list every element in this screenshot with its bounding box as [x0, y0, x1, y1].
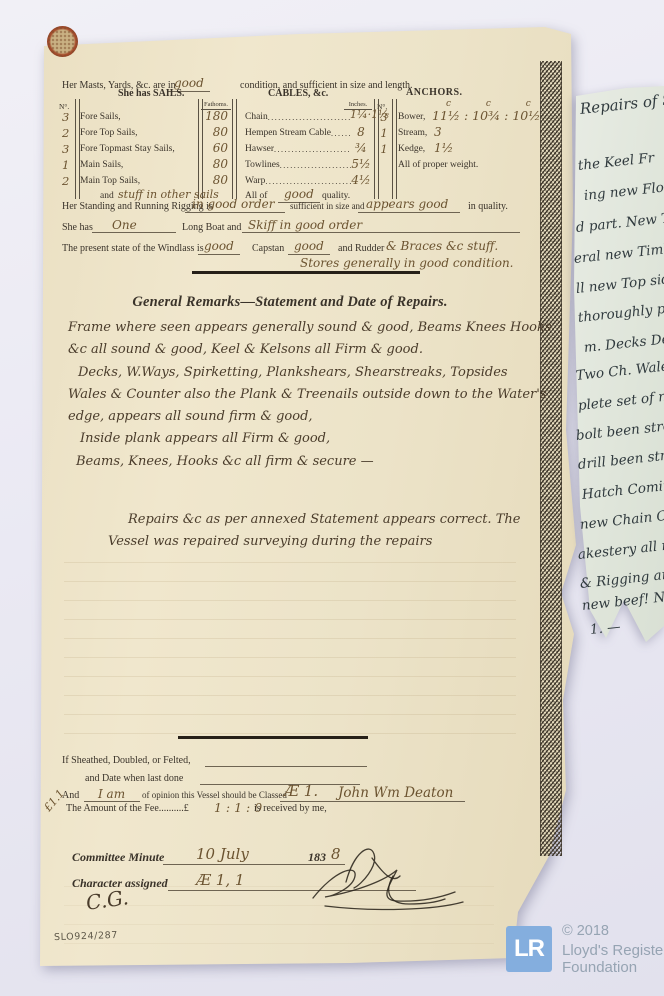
cable-label: Hawser: [245, 144, 274, 154]
sail-label: Fore Top Sails,: [80, 128, 137, 138]
blank-line: [358, 212, 460, 213]
cables-title: CABLES, &c.: [268, 88, 328, 99]
rigging-suffix: in quality.: [468, 201, 508, 212]
sail-count: 3: [62, 142, 69, 156]
surveyor-name: John Wm Deaton: [338, 785, 453, 801]
dot-leader: [331, 129, 351, 138]
sail-label: Fore Topmast Stay Sails,: [80, 144, 175, 154]
cable-value: 1¼·1⅛: [350, 108, 372, 121]
sail-fathoms: 80: [200, 157, 228, 171]
windlass-prefix: The present state of the Windlass is: [62, 243, 204, 254]
boat-value2: Skiff in good order: [248, 218, 362, 232]
remarks-line: Wales & Counter also the Plank & Treenai…: [68, 387, 547, 402]
anchor-value: 3: [434, 125, 442, 139]
table-rule: [232, 99, 237, 199]
foundation-name-line2: Foundation: [562, 959, 637, 976]
wax-seal: [47, 26, 78, 57]
committee-minute-date: 10 July: [196, 845, 249, 863]
fee-suffix: is received by me,: [254, 803, 327, 814]
anchor-label: Kedge,: [398, 144, 425, 154]
cable-value: 8: [350, 125, 372, 139]
lr-logo-mark: LR: [514, 935, 544, 963]
rigging-value2: appears good: [366, 197, 448, 211]
sail-count: 1: [62, 158, 69, 172]
remarks-heading: General Remarks—Statement and Date of Re…: [60, 294, 520, 311]
boat-value1: One: [112, 218, 137, 232]
remarks-line: edge, appears all sound firm & good,: [68, 409, 313, 424]
remarks-line: &c all sound & good, Keel & Kelsons all …: [68, 342, 423, 357]
section-rule: [192, 271, 420, 274]
lr-logo: LR: [506, 926, 552, 972]
dot-leader: [265, 177, 351, 186]
remarks-line: Decks, W.Ways, Spirketting, Plankshears,…: [78, 365, 508, 380]
rigging-mid: sufficient in size and: [290, 201, 365, 211]
dot-leader: [274, 145, 351, 154]
remarks-line: Beams, Knees, Hooks &c all firm & secure…: [76, 454, 374, 469]
remarks-line: Repairs &c as per annexed Statement appe…: [128, 512, 520, 527]
cables-footer-suffix: quality.: [322, 191, 350, 201]
boat-prefix: She has: [62, 222, 93, 233]
dot-leader: [268, 113, 351, 122]
remarks-line: Frame where seen appears generally sound…: [68, 320, 552, 335]
committee-minute-label: Committee Minute: [72, 850, 164, 865]
sail-fathoms: 60: [200, 141, 228, 155]
anchor-value: 11½ : 10¾ : 10½: [432, 108, 540, 123]
remarks-line: Vessel was repaired surveying during the…: [108, 534, 432, 549]
stores-note: Stores generally in good condition.: [300, 256, 513, 270]
anchor-count: 1: [378, 142, 390, 156]
rigging-prefix: Her Standing and Running Rigging is: [62, 201, 213, 212]
capstan-value: good: [288, 239, 330, 255]
classed-mid: of opinion this Vessel should be Classed: [142, 790, 287, 800]
blank-line: [200, 784, 360, 785]
cable-row: Warp: [245, 176, 351, 186]
anchors-footer: All of proper weight.: [398, 160, 478, 170]
date-last-done-label: and Date when last done: [85, 773, 183, 784]
rigging-value1: in good order: [192, 197, 275, 211]
sail-label: Main Sails,: [80, 160, 123, 170]
class-value: Æ 1.: [284, 782, 318, 800]
rudder-value: & Braces &c stuff.: [386, 239, 498, 253]
classed-value1: I am: [98, 787, 125, 801]
fragment-line: 1. —: [589, 619, 621, 638]
anchor-count: 1: [378, 126, 390, 140]
anchors-title: ANCHORS.: [406, 87, 463, 98]
cable-row: Towlines: [245, 160, 351, 170]
showthrough-texture: [64, 562, 516, 742]
archive-reference: SLO924/287: [54, 930, 118, 943]
cable-label: Towlines: [245, 160, 280, 170]
sail-fathoms: 80: [200, 125, 228, 139]
capstan-label: Capstan: [252, 243, 284, 254]
sail-count: 2: [62, 174, 69, 188]
blank-line: [92, 232, 176, 233]
sail-fathoms: 80: [200, 173, 228, 187]
cable-value: ¾: [350, 141, 372, 155]
sail-count: 3: [62, 110, 69, 124]
anchor-label: Bower,: [398, 112, 425, 122]
character-assigned-value: Æ 1, 1: [196, 871, 244, 889]
boat-mid: Long Boat and: [182, 222, 241, 233]
sail-label: Fore Sails,: [80, 112, 121, 122]
cable-value: 5½: [350, 157, 372, 171]
sail-count: 2: [62, 126, 69, 140]
sail-fathoms: 180: [200, 109, 228, 123]
sheathed-label: If Sheathed, Doubled, or Felted,: [62, 755, 191, 766]
cable-label: Hempen Stream Cable: [245, 128, 331, 138]
blank-line: [280, 801, 465, 802]
anchor-count: 3: [378, 110, 390, 124]
surveyor-signature-flourish: [305, 862, 470, 910]
fee-label: The Amount of the Fee..........£: [66, 803, 189, 814]
remarks-line: Inside plank appears all Firm & good,: [80, 431, 330, 446]
rope-border: [540, 61, 562, 856]
section-rule: [178, 736, 368, 739]
foundation-name-line1: Lloyd's Register: [562, 942, 664, 959]
blank-line: [242, 232, 520, 233]
cable-label: Chain: [245, 112, 268, 122]
rudder-label: and Rudder: [338, 243, 384, 254]
cable-row: Hawser: [245, 144, 351, 154]
anchor-label: Stream,: [398, 128, 427, 138]
table-rule: [392, 99, 397, 199]
blank-line: [84, 801, 140, 802]
blank-line: [205, 766, 367, 767]
copyright-text: © 2018: [562, 923, 609, 939]
sails-title: She has SAILS.: [118, 88, 184, 99]
windlass-value: good: [198, 239, 240, 255]
cable-value: 4½: [350, 173, 372, 187]
cable-label: Warp: [245, 176, 265, 186]
dot-leader: [280, 161, 351, 170]
anchor-value: 1½: [434, 141, 453, 155]
scanned-survey-photo: Her Masts, Yards, &c. are in good condit…: [0, 0, 664, 996]
blank-line: [185, 212, 285, 213]
sail-label: Main Top Sails,: [80, 176, 140, 186]
cable-row: Hempen Stream Cable: [245, 128, 351, 138]
cable-row: Chain: [245, 112, 351, 122]
sails-footer-prefix: and: [100, 191, 114, 201]
